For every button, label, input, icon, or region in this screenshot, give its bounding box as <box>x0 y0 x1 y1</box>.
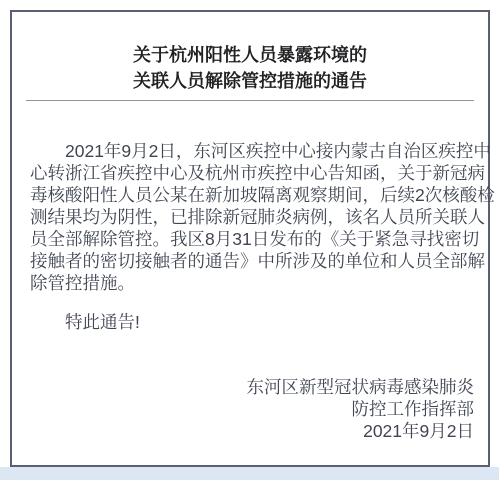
notice-title-line-1: 关于杭州阳性人员暴露环境的 <box>12 42 488 68</box>
closing-statement: 特此通告! <box>30 311 480 333</box>
signature-date: 2021年9月2日 <box>12 420 474 442</box>
body-line: 毒核酸阳性人员公某在新加坡隔离观察期间，后续2次核酸检 <box>30 184 480 206</box>
body-line: 员全部解除管控。我区8月31日发布的《关于紧急寻找密切 <box>30 228 480 250</box>
body-line: 2021年9月2日，东河区疾控中心接内蒙古自治区疾控中 <box>30 140 480 162</box>
signature-block: 东河区新型冠状病毒感染肺炎 防控工作指挥部 2021年9月2日 <box>12 376 474 442</box>
body-line: 除管控措施。 <box>30 272 480 294</box>
page: 关于杭州阳性人员暴露环境的 关联人员解除管控措施的通告 2021年9月2日，东河… <box>0 0 499 480</box>
body-line: 接触者的密切接触者的通告》中所涉及的单位和人员全部解 <box>30 250 480 272</box>
notice-document: 关于杭州阳性人员暴露环境的 关联人员解除管控措施的通告 2021年9月2日，东河… <box>10 10 490 467</box>
title-divider <box>26 100 474 101</box>
notice-body: 2021年9月2日，东河区疾控中心接内蒙古自治区疾控中 心转浙江省疾控中心及杭州… <box>30 140 480 294</box>
signature-org-line-1: 东河区新型冠状病毒感染肺炎 <box>12 376 474 398</box>
body-line: 测结果均为阴性，已排除新冠肺炎病例，该名人员所关联人 <box>30 206 480 228</box>
notice-title: 关于杭州阳性人员暴露环境的 关联人员解除管控措施的通告 <box>12 42 488 94</box>
body-line: 心转浙江省疾控中心及杭州市疾控中心告知函，关于新冠病 <box>30 162 480 184</box>
notice-title-line-2: 关联人员解除管控措施的通告 <box>12 68 488 94</box>
signature-org-line-2: 防控工作指挥部 <box>12 398 474 420</box>
page-background-strip <box>0 467 499 480</box>
